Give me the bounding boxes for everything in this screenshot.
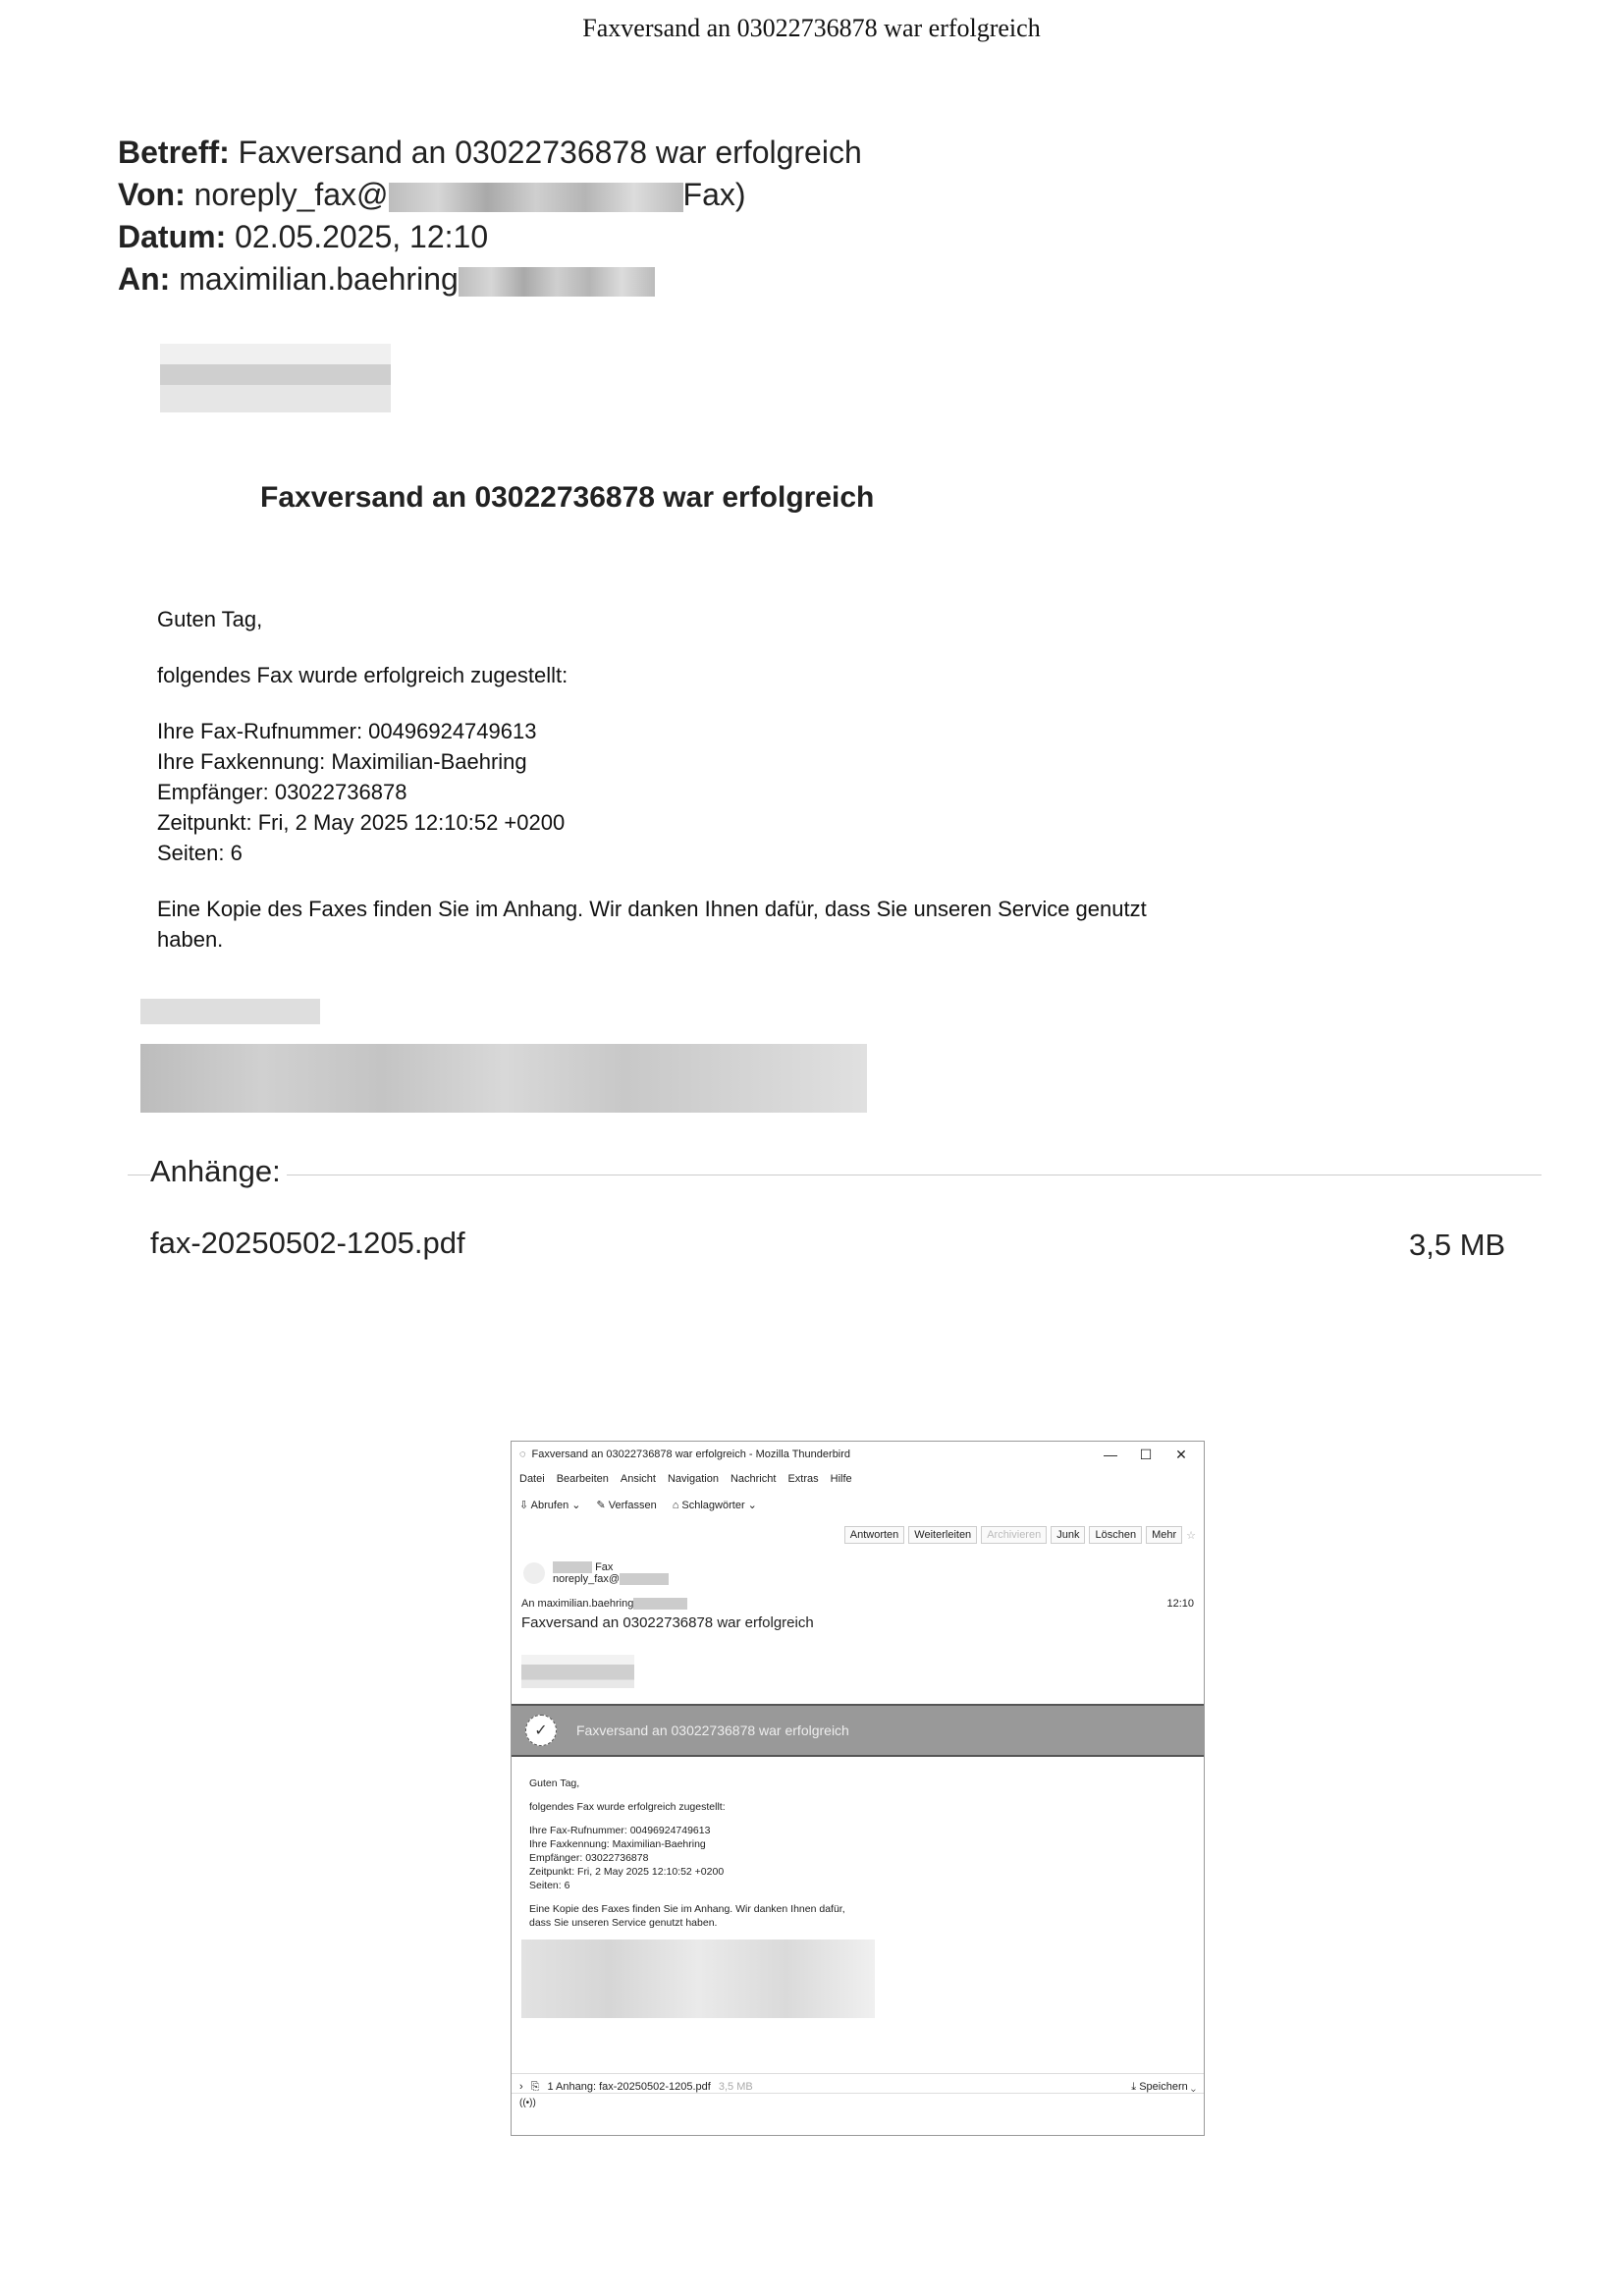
detail-recipient: Empfänger: 03022736878 — [529, 1852, 648, 1864]
archive-button[interactable]: Archivieren — [981, 1526, 1047, 1544]
greeting: Guten Tag, — [529, 1777, 1186, 1790]
redacted-block — [620, 1573, 669, 1585]
redacted-signature — [140, 1044, 867, 1113]
more-button[interactable]: Mehr — [1146, 1526, 1182, 1544]
attachment-size: 3,5 MB — [719, 2081, 1123, 2093]
detail-pages: Seiten: 6 — [529, 1880, 569, 1891]
pencil-icon: ✎ — [596, 1500, 605, 1511]
menu-hilfe[interactable]: Hilfe — [831, 1473, 852, 1485]
forward-button[interactable]: Weiterleiten — [908, 1526, 977, 1544]
detail-timestamp: Zeitpunkt: Fri, 2 May 2025 12:10:52 +020… — [157, 810, 565, 835]
menu-datei[interactable]: Datei — [519, 1473, 545, 1485]
attachments-divider — [128, 1175, 1542, 1175]
from-row: Von: noreply_fax@Fax) — [118, 174, 862, 216]
main-toolbar: ⇩ Abrufen ⌄ ✎ Verfassen ⌂ Schlagwörter ⌄ — [512, 1491, 1204, 1518]
redacted-block — [459, 267, 655, 297]
save-button[interactable]: ⤓ Speichern ⌄ — [1131, 2081, 1196, 2094]
menu-extras[interactable]: Extras — [787, 1473, 818, 1485]
intro: folgendes Fax wurde erfolgreich zugestel… — [157, 660, 1178, 690]
reply-button[interactable]: Antworten — [844, 1526, 905, 1544]
redacted-signature — [140, 999, 320, 1024]
activity-icon: ((•)) — [519, 2098, 536, 2108]
avatar — [523, 1562, 545, 1584]
redacted-signature — [521, 1940, 875, 2018]
message-subject: Faxversand an 03022736878 war erfolgreic… — [512, 1613, 1204, 1633]
menu-ansicht[interactable]: Ansicht — [621, 1473, 656, 1485]
checkmark-icon: ✓ — [525, 1715, 557, 1746]
menu-nachricht[interactable]: Nachricht — [730, 1473, 776, 1485]
download-icon: ⇩ — [519, 1500, 528, 1511]
banner-text: Faxversand an 03022736878 war erfolgreic… — [576, 1722, 849, 1738]
closing: Eine Kopie des Faxes finden Sie im Anhan… — [529, 1902, 863, 1930]
status-bar: ((•)) — [512, 2093, 1204, 2135]
menu-navigation[interactable]: Navigation — [668, 1473, 719, 1485]
redacted-logo — [160, 344, 391, 412]
delete-button[interactable]: Löschen — [1089, 1526, 1142, 1544]
message-body: Guten Tag, folgendes Fax wurde erfolgrei… — [157, 604, 1178, 980]
date-label: Datum: — [118, 219, 226, 254]
greeting: Guten Tag, — [157, 604, 1178, 634]
get-messages-button[interactable]: ⇩ Abrufen ⌄ — [519, 1499, 580, 1511]
message-time: 12:10 — [1166, 1598, 1194, 1610]
minimize-icon[interactable]: — — [1096, 1447, 1125, 1462]
sender-info: Fax noreply_fax@ — [553, 1561, 669, 1585]
closing: Eine Kopie des Faxes finden Sie im Anhan… — [157, 894, 1178, 955]
subject-row: Betreff: Faxversand an 03022736878 war e… — [118, 132, 862, 174]
email-header: Betreff: Faxversand an 03022736878 war e… — [118, 132, 862, 301]
detail-timestamp: Zeitpunkt: Fri, 2 May 2025 12:10:52 +020… — [529, 1866, 724, 1878]
window-title: Faxversand an 03022736878 war erfolgreic… — [532, 1449, 1090, 1460]
download-icon: ⤓ — [1131, 2081, 1136, 2093]
star-icon[interactable]: ☆ — [1186, 1529, 1196, 1542]
details: Ihre Fax-Rufnummer: 00496924749613 Ihre … — [157, 716, 1178, 868]
subject-value: Faxversand an 03022736878 war erfolgreic… — [239, 135, 862, 170]
message-actions: Antworten Weiterleiten Archivieren Junk … — [512, 1518, 1204, 1552]
to-value: maximilian.baehring — [179, 261, 459, 297]
detail-pages: Seiten: 6 — [157, 841, 243, 865]
detail-fax-number: Ihre Fax-Rufnummer: 00496924749613 — [157, 719, 536, 743]
message-heading: Faxversand an 03022736878 war erfolgreic… — [260, 481, 874, 515]
attachment-file-name[interactable]: fax-20250502-1205.pdf — [150, 1226, 465, 1261]
menu-bearbeiten[interactable]: Bearbeiten — [557, 1473, 609, 1485]
close-icon[interactable]: ✕ — [1166, 1447, 1196, 1463]
from-suffix: Fax) — [683, 177, 746, 212]
chevron-right-icon[interactable]: › — [519, 2081, 523, 2093]
date-row: Datum: 02.05.2025, 12:10 — [118, 216, 862, 258]
sender-name: Fax — [595, 1561, 613, 1573]
to-label: An — [521, 1598, 534, 1610]
maximize-icon[interactable]: ☐ — [1131, 1447, 1161, 1463]
attachments-label: Anhänge: — [150, 1154, 287, 1189]
details: Ihre Fax-Rufnummer: 00496924749613 Ihre … — [529, 1824, 1186, 1892]
tags-button[interactable]: ⌂ Schlagwörter ⌄ — [673, 1499, 757, 1511]
to-value[interactable]: maximilian.baehring — [538, 1598, 634, 1610]
thunderbird-window-screenshot: ◌ Faxversand an 03022736878 war erfolgre… — [511, 1441, 1205, 2136]
thumbnail-message-body: Guten Tag, folgendes Fax wurde erfolgrei… — [512, 1757, 1204, 1930]
junk-button[interactable]: Junk — [1051, 1526, 1085, 1544]
date-value: 02.05.2025, 12:10 — [235, 219, 488, 254]
sender-email[interactable]: noreply_fax@ — [553, 1573, 620, 1585]
recipient-row: An maximilian.baehring 12:10 — [512, 1595, 1204, 1613]
detail-fax-id: Ihre Faxkennung: Maximilian-Baehring — [157, 749, 527, 774]
redacted-block — [553, 1561, 592, 1573]
window-titlebar: ◌ Faxversand an 03022736878 war erfolgre… — [512, 1442, 1204, 1467]
to-row: An: maximilian.baehring — [118, 258, 862, 301]
detail-recipient: Empfänger: 03022736878 — [157, 780, 406, 804]
from-value: noreply_fax@ — [194, 177, 389, 212]
print-page-title: Faxversand an 03022736878 war erfolgreic… — [0, 14, 1623, 43]
redacted-block — [633, 1598, 687, 1610]
menu-bar: Datei Bearbeiten Ansicht Navigation Nach… — [512, 1467, 1204, 1491]
thunderbird-icon: ◌ — [519, 1449, 526, 1460]
subject-label: Betreff: — [118, 135, 230, 170]
compose-button[interactable]: ✎ Verfassen — [596, 1499, 656, 1511]
detail-fax-number: Ihre Fax-Rufnummer: 00496924749613 — [529, 1825, 710, 1836]
redacted-logo — [521, 1655, 634, 1688]
intro: folgendes Fax wurde erfolgreich zugestel… — [529, 1800, 1186, 1814]
from-label: Von: — [118, 177, 186, 212]
success-banner: ✓ Faxversand an 03022736878 war erfolgre… — [512, 1704, 1204, 1757]
to-label: An: — [118, 261, 170, 297]
chevron-down-icon[interactable]: ⌄ — [571, 1500, 580, 1511]
attachment-file-size: 3,5 MB — [1409, 1228, 1505, 1263]
attachment-text[interactable]: 1 Anhang: fax-20250502-1205.pdf — [547, 2081, 710, 2093]
sender-row: Fax noreply_fax@ — [512, 1552, 1204, 1595]
detail-fax-id: Ihre Faxkennung: Maximilian-Baehring — [529, 1838, 706, 1850]
tag-icon: ⌂ — [673, 1500, 679, 1511]
paperclip-icon: ⎘ — [531, 2081, 540, 2094]
redacted-block — [389, 183, 683, 212]
